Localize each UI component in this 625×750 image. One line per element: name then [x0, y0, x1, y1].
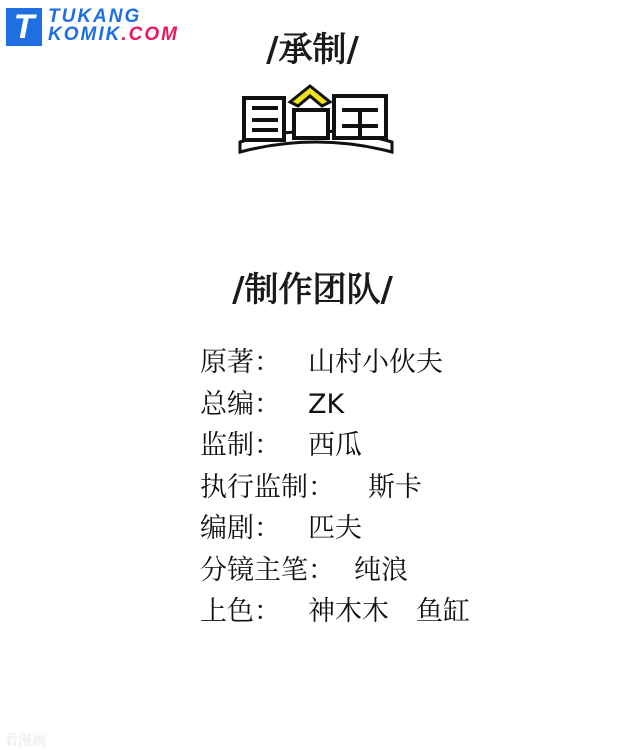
- team-heading: /制作团队/: [0, 262, 625, 311]
- credit-value: 神木木 鱼缸: [308, 594, 470, 636]
- credit-label: 上色：: [200, 594, 308, 636]
- credit-value: 山村小伙夫: [308, 345, 443, 387]
- studio-logo-icon: [238, 80, 394, 154]
- credit-value: 斯卡: [368, 470, 422, 512]
- credit-row: 执行监制：斯卡: [200, 470, 470, 512]
- credit-row: 监制：西瓜: [200, 428, 470, 470]
- studio-logo: [238, 80, 394, 154]
- credits-list: 原著：山村小伙夫 总编：ZK 监制：西瓜 执行监制：斯卡 编剧：匹夫 分镜主笔：…: [200, 345, 470, 636]
- credit-value: ZK: [308, 387, 344, 429]
- credit-label: 原著：: [200, 345, 308, 387]
- credit-row: 上色：神木木 鱼缸: [200, 594, 470, 636]
- watermark: 看漫画: [4, 730, 46, 750]
- credit-value: 西瓜: [308, 428, 362, 470]
- credit-row: 分镜主笔：纯浪: [200, 553, 470, 595]
- credit-value: 纯浪: [354, 553, 408, 595]
- credit-label: 执行监制：: [200, 470, 368, 512]
- credit-row: 原著：山村小伙夫: [200, 345, 470, 387]
- credit-label: 编剧：: [200, 511, 308, 553]
- credit-label: 分镜主笔：: [200, 553, 354, 595]
- credit-row: 编剧：匹夫: [200, 511, 470, 553]
- producer-heading: /承制/: [0, 22, 625, 71]
- credit-value: 匹夫: [308, 511, 362, 553]
- credit-row: 总编：ZK: [200, 387, 470, 429]
- credit-label: 监制：: [200, 428, 308, 470]
- credit-label: 总编：: [200, 387, 308, 429]
